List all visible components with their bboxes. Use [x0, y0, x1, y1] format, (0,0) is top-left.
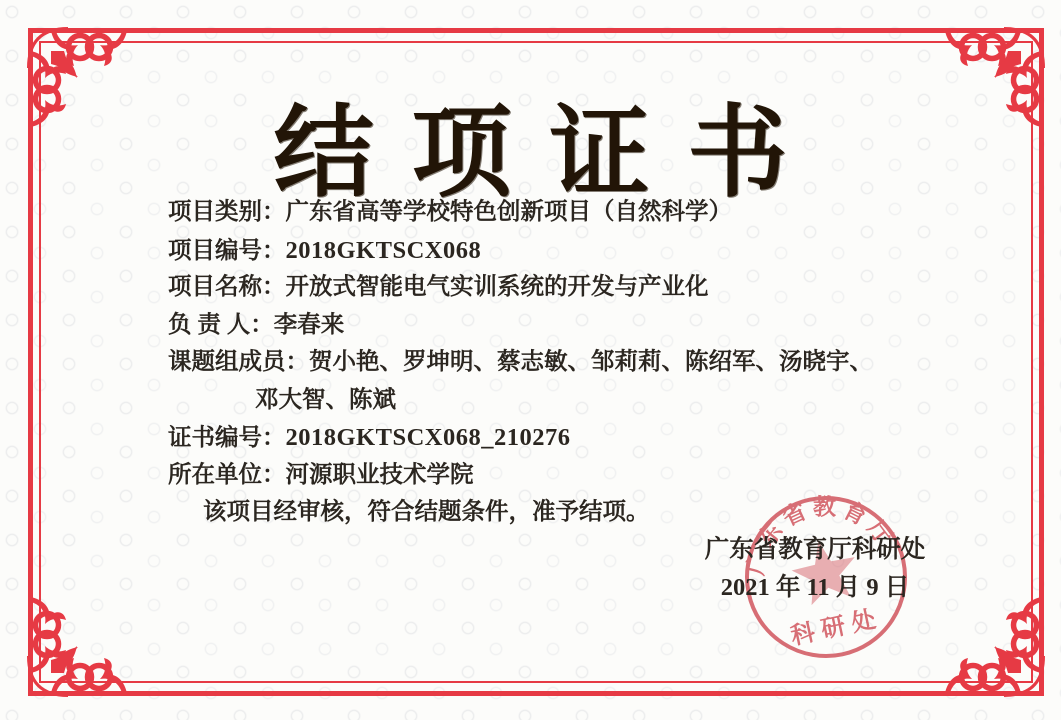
field-team-members-continued: 邓大智、陈斌: [168, 382, 928, 420]
issuer-name: 广东省教育厅科研处: [655, 531, 975, 569]
field-label: 项目名称：: [168, 274, 286, 300]
field-label: 负 责 人：: [168, 312, 274, 338]
certificate-page: 结项证书 广东省教育厅 科研处 项目类别：广东省高等学校特色创新项目（自然科学）…: [0, 0, 1061, 720]
field-project-category: 项目类别：广东省高等学校特色创新项目（自然科学）: [168, 194, 928, 232]
field-value: 李春来: [274, 312, 345, 338]
field-label: 证书编号：: [168, 425, 286, 451]
field-value: 2018GKTSCX068: [286, 237, 482, 264]
approval-statement: 该项目经审核，符合结题条件，准予结项。: [168, 494, 928, 532]
field-project-number: 项目编号：2018GKTSCX068: [168, 232, 928, 270]
field-label: 所在单位：: [168, 462, 286, 488]
issue-date: 2021 年 11 月 9 日: [655, 569, 975, 607]
field-institution: 所在单位：河源职业技术学院: [168, 457, 928, 495]
signature-block: 广东省教育厅科研处 2021 年 11 月 9 日: [655, 531, 975, 606]
certificate-body: 项目类别：广东省高等学校特色创新项目（自然科学） 项目编号：2018GKTSCX…: [168, 194, 928, 532]
field-value: 贺小艳、罗坤明、蔡志敏、邹莉莉、陈绍军、汤晓宇、: [309, 349, 873, 375]
field-label: 课题组成员：: [168, 349, 309, 375]
field-value: 河源职业技术学院: [286, 462, 474, 488]
field-value: 2018GKTSCX068_210276: [286, 424, 571, 451]
field-project-leader: 负 责 人：李春来: [168, 307, 928, 345]
corner-ornament-icon: [26, 578, 146, 698]
field-team-members: 课题组成员：贺小艳、罗坤明、蔡志敏、邹莉莉、陈绍军、汤晓宇、: [168, 344, 928, 382]
field-certificate-number: 证书编号：2018GKTSCX068_210276: [168, 419, 928, 457]
field-label: 项目类别：: [168, 199, 286, 225]
field-value: 广东省高等学校特色创新项目（自然科学）: [286, 199, 733, 225]
field-project-name: 项目名称：开放式智能电气实训系统的开发与产业化: [168, 269, 928, 307]
field-label: 项目编号：: [168, 238, 286, 264]
field-value: 开放式智能电气实训系统的开发与产业化: [286, 274, 709, 300]
